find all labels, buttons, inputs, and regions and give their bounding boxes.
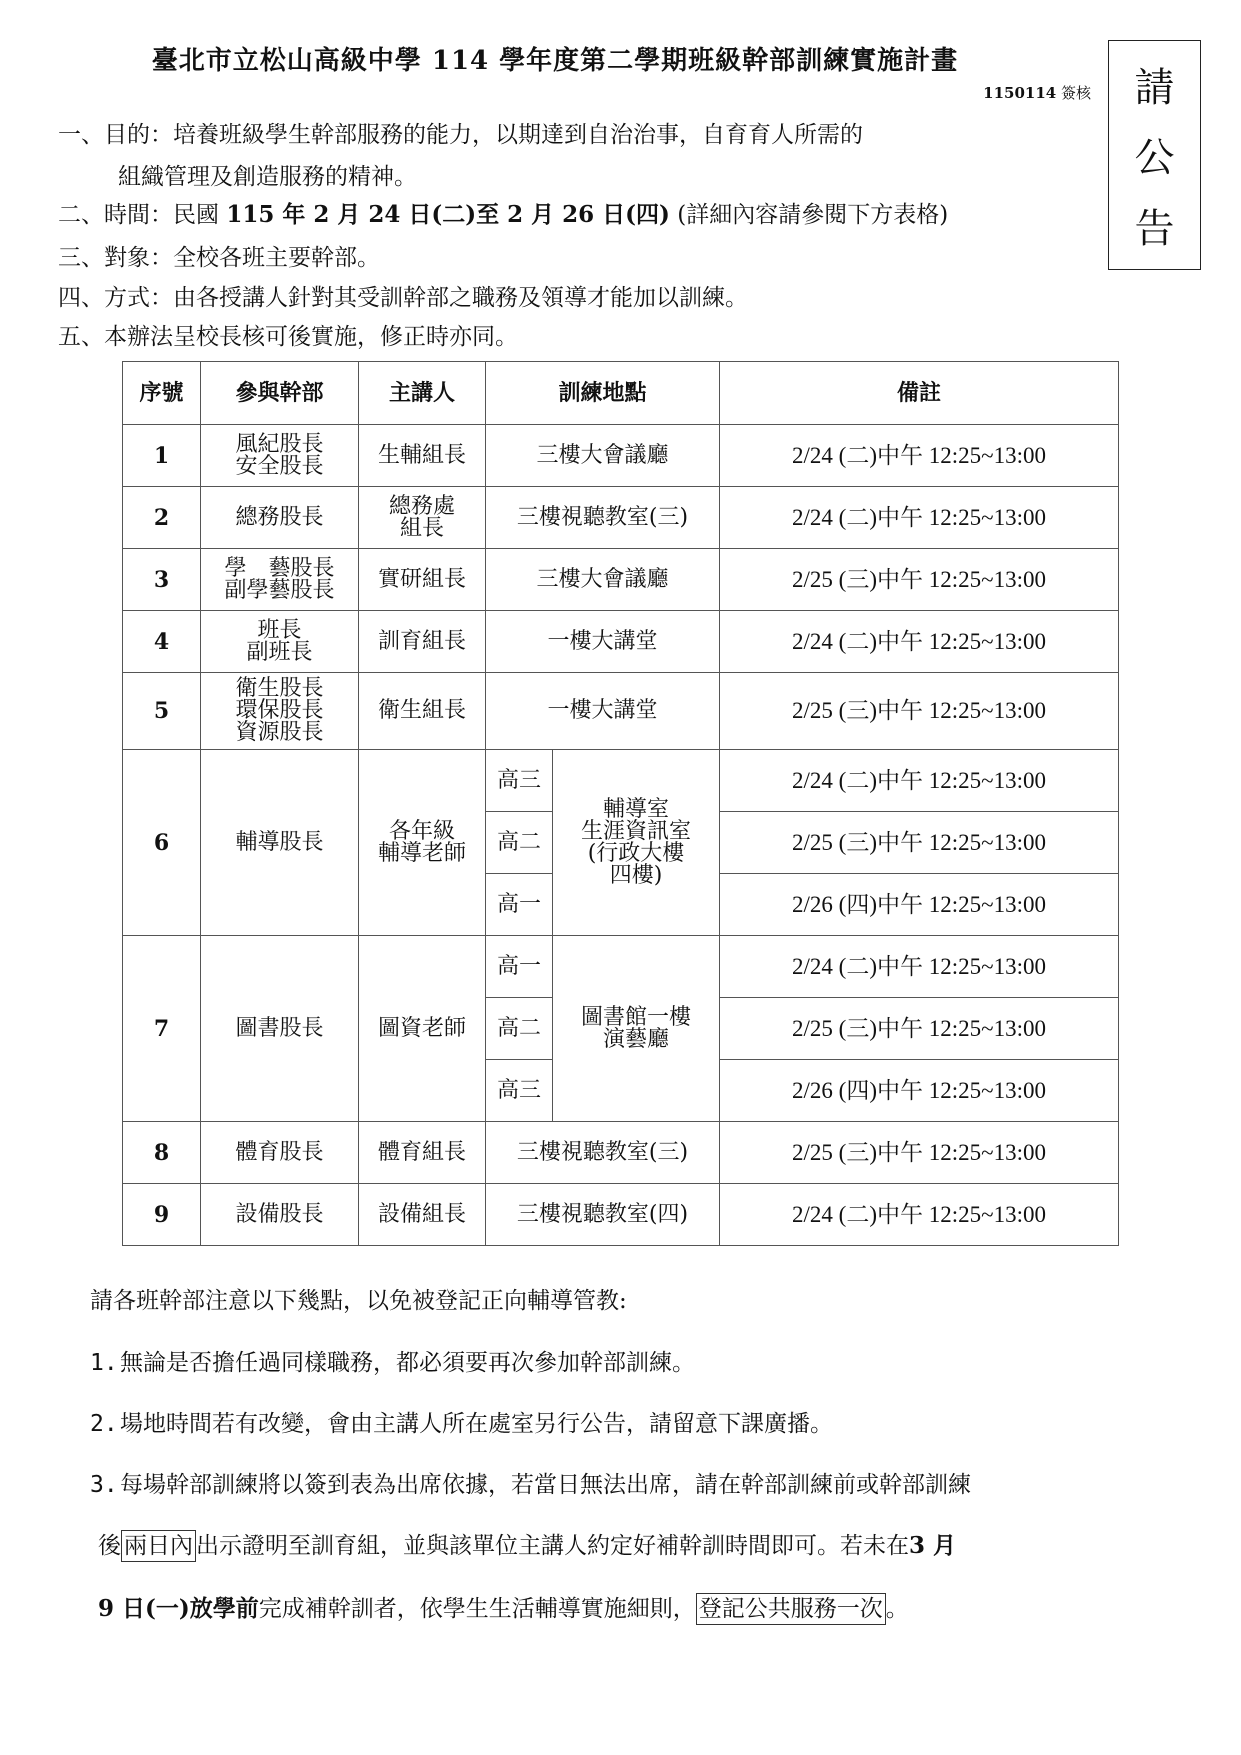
table-row: 4 班長副班長 訓育組長 一樓大講堂 2/24 (二)中午 12:25~13:0… bbox=[123, 611, 1119, 673]
cell-note: 2/24 (二)中午 12:25~13:00 bbox=[720, 425, 1119, 487]
note-item-3-line3: 9 日(一)放學前完成補幹訓者，依學生生活輔導實施細則，登記公共服務一次。 bbox=[98, 1590, 909, 1623]
cell-note: 2/25 (三)中午 12:25~13:00 bbox=[720, 549, 1119, 611]
section-text: 培養班級學生幹部服務的能力，以期達到自治治事，自育育人所需的 bbox=[173, 122, 863, 148]
cell-no: 6 bbox=[123, 750, 201, 936]
cell-grade: 高三 bbox=[486, 1060, 553, 1122]
cell-speaker: 衛生組長 bbox=[359, 673, 486, 750]
cell-officer: 設備股長 bbox=[201, 1184, 359, 1246]
cell-officer: 衛生股長環保股長資源股長 bbox=[201, 673, 359, 750]
cell-location: 三樓視聽教室(三) bbox=[486, 487, 720, 549]
section-target: 三、對象：全校各班主要幹部。 bbox=[58, 243, 380, 273]
section-method: 四、方式：由各授講人針對其受訓幹部之職務及領導才能加以訓練。 bbox=[58, 283, 748, 313]
section-time: 二、時間：民國 115 年 2 月 24 日(二)至 2 月 26 日(四) (… bbox=[58, 200, 948, 230]
note-text: 場地時間若有改變，會由主講人所在處室另行公告，請留意下課廣播。 bbox=[120, 1411, 833, 1437]
sign-stamp: 1150114 簽核 bbox=[983, 82, 1091, 103]
note-text: 無論是否擔任過同樣職務，都必須要再次參加幹部訓練。 bbox=[120, 1350, 695, 1376]
note-item-1: 1.無論是否擔任過同樣職務，都必須要再次參加幹部訓練。 bbox=[90, 1344, 695, 1377]
table-row: 2 總務股長 總務處組長 三樓視聽教室(三) 2/24 (二)中午 12:25~… bbox=[123, 487, 1119, 549]
cell-speaker: 各年級輔導老師 bbox=[359, 750, 486, 936]
cell-officer: 學 藝股長副學藝股長 bbox=[201, 549, 359, 611]
notice-box: 請 公 告 bbox=[1108, 40, 1201, 270]
boxed-penalty: 登記公共服務一次 bbox=[696, 1593, 886, 1625]
cell-grade: 高二 bbox=[486, 998, 553, 1060]
section-label: 目的： bbox=[104, 122, 173, 148]
cell-speaker: 圖資老師 bbox=[359, 936, 486, 1122]
note-text: 後 bbox=[98, 1533, 121, 1559]
cell-location: 三樓大會議廳 bbox=[486, 425, 720, 487]
cell-speaker: 總務處組長 bbox=[359, 487, 486, 549]
cell-location: 三樓大會議廳 bbox=[486, 549, 720, 611]
cell-location: 三樓視聽教室(四) bbox=[486, 1184, 720, 1246]
notice-char: 公 bbox=[1135, 126, 1175, 183]
cell-no: 3 bbox=[123, 549, 201, 611]
cell-officer: 圖書股長 bbox=[201, 936, 359, 1122]
header-no: 序號 bbox=[123, 362, 201, 425]
cell-location: 三樓視聽教室(三) bbox=[486, 1122, 720, 1184]
table-row: 5 衛生股長環保股長資源股長 衛生組長 一樓大講堂 2/25 (三)中午 12:… bbox=[123, 673, 1119, 750]
section-purpose: 一、目的：培養班級學生幹部服務的能力，以期達到自治治事，自育育人所需的 bbox=[58, 120, 863, 150]
table-row: 8 體育股長 體育組長 三樓視聽教室(三) 2/25 (三)中午 12:25~1… bbox=[123, 1122, 1119, 1184]
training-schedule-table: 序號 參與幹部 主講人 訓練地點 備註 1 風紀股長安全股長 生輔組長 三樓大會… bbox=[122, 361, 1119, 1246]
cell-officer: 班長副班長 bbox=[201, 611, 359, 673]
section-number: 一、 bbox=[58, 122, 104, 148]
cell-note: 2/24 (二)中午 12:25~13:00 bbox=[720, 1184, 1119, 1246]
document-title: 臺北市立松山高級中學 114 學年度第二學期班級幹部訓練實施計畫 bbox=[0, 40, 1110, 77]
cell-no: 9 bbox=[123, 1184, 201, 1246]
cell-no: 5 bbox=[123, 673, 201, 750]
section-number: 五、 bbox=[58, 324, 104, 350]
cell-note: 2/25 (三)中午 12:25~13:00 bbox=[720, 812, 1119, 874]
section-approval: 五、本辦法呈校長核可後實施，修正時亦同。 bbox=[58, 322, 518, 352]
deadline-date: 3 月 bbox=[909, 1532, 956, 1559]
cell-note: 2/26 (四)中午 12:25~13:00 bbox=[720, 1060, 1119, 1122]
header-officer: 參與幹部 bbox=[201, 362, 359, 425]
cell-speaker: 設備組長 bbox=[359, 1184, 486, 1246]
sign-label: 簽核 bbox=[1061, 84, 1091, 102]
cell-officer: 總務股長 bbox=[201, 487, 359, 549]
cell-officer: 風紀股長安全股長 bbox=[201, 425, 359, 487]
cell-location: 一樓大講堂 bbox=[486, 611, 720, 673]
section-text: 由各授講人針對其受訓幹部之職務及領導才能加以訓練。 bbox=[173, 285, 748, 311]
cell-note: 2/24 (二)中午 12:25~13:00 bbox=[720, 487, 1119, 549]
header-note: 備註 bbox=[720, 362, 1119, 425]
notice-char: 請 bbox=[1135, 56, 1175, 113]
cell-note: 2/24 (二)中午 12:25~13:00 bbox=[720, 611, 1119, 673]
cell-location: 圖書館一樓演藝廳 bbox=[553, 936, 720, 1122]
cell-grade: 高二 bbox=[486, 812, 553, 874]
table-header-row: 序號 參與幹部 主講人 訓練地點 備註 bbox=[123, 362, 1119, 425]
header-location: 訓練地點 bbox=[486, 362, 720, 425]
section-text: 全校各班主要幹部。 bbox=[173, 245, 380, 271]
cell-note: 2/25 (三)中午 12:25~13:00 bbox=[720, 998, 1119, 1060]
section-number: 二、 bbox=[58, 202, 104, 228]
cell-grade: 高一 bbox=[486, 874, 553, 936]
section-purpose-cont: 組織管理及創造服務的精神。 bbox=[118, 158, 417, 191]
note-text: 完成補幹訓者，依學生生活輔導實施細則， bbox=[259, 1596, 696, 1622]
cell-no: 8 bbox=[123, 1122, 201, 1184]
cell-location: 一樓大講堂 bbox=[486, 673, 720, 750]
table-row: 7 圖書股長 圖資老師 高一 圖書館一樓演藝廳 2/24 (二)中午 12:25… bbox=[123, 936, 1119, 998]
cell-speaker: 訓育組長 bbox=[359, 611, 486, 673]
note-number: 1. bbox=[90, 1350, 120, 1376]
table-row: 3 學 藝股長副學藝股長 實研組長 三樓大會議廳 2/25 (三)中午 12:2… bbox=[123, 549, 1119, 611]
section-label: 方式： bbox=[104, 285, 173, 311]
section-number: 四、 bbox=[58, 285, 104, 311]
cell-location: 輔導室生涯資訊室(行政大樓四樓) bbox=[553, 750, 720, 936]
boxed-deadline: 兩日內 bbox=[121, 1530, 196, 1562]
note-item-3-line2: 後兩日內出示證明至訓育組，並與該單位主講人約定好補幹訓時間即可。若未在3 月 bbox=[98, 1527, 956, 1560]
cell-note: 2/25 (三)中午 12:25~13:00 bbox=[720, 673, 1119, 750]
cell-officer: 輔導股長 bbox=[201, 750, 359, 936]
cell-no: 4 bbox=[123, 611, 201, 673]
cell-grade: 高三 bbox=[486, 750, 553, 812]
cell-note: 2/24 (二)中午 12:25~13:00 bbox=[720, 936, 1119, 998]
notice-char: 告 bbox=[1135, 197, 1175, 254]
cell-officer: 體育股長 bbox=[201, 1122, 359, 1184]
section-dates: 115 年 2 月 24 日(二)至 2 月 26 日(四) bbox=[226, 201, 670, 228]
cell-speaker: 體育組長 bbox=[359, 1122, 486, 1184]
cell-no: 7 bbox=[123, 936, 201, 1122]
section-text: 本辦法呈校長核可後實施，修正時亦同。 bbox=[104, 324, 518, 350]
table-row: 6 輔導股長 各年級輔導老師 高三 輔導室生涯資訊室(行政大樓四樓) 2/24 … bbox=[123, 750, 1119, 812]
cell-no: 2 bbox=[123, 487, 201, 549]
cell-speaker: 生輔組長 bbox=[359, 425, 486, 487]
cell-no: 1 bbox=[123, 425, 201, 487]
sign-code: 1150114 bbox=[983, 84, 1056, 102]
section-text: (詳細內容請參閱下方表格) bbox=[670, 202, 948, 228]
section-text: 民國 bbox=[173, 202, 226, 228]
cell-note: 2/25 (三)中午 12:25~13:00 bbox=[720, 1122, 1119, 1184]
note-item-2: 2.場地時間若有改變，會由主講人所在處室另行公告，請留意下課廣播。 bbox=[90, 1405, 833, 1438]
notes-intro: 請各班幹部注意以下幾點，以免被登記正向輔導管教: bbox=[90, 1282, 627, 1315]
note-number: 2. bbox=[90, 1411, 120, 1437]
section-label: 時間： bbox=[104, 202, 173, 228]
note-number: 3. bbox=[90, 1472, 120, 1498]
note-text: 出示證明至訓育組，並與該單位主講人約定好補幹訓時間即可。若未在 bbox=[196, 1533, 909, 1559]
note-text: 。 bbox=[886, 1596, 909, 1622]
header-speaker: 主講人 bbox=[359, 362, 486, 425]
section-number: 三、 bbox=[58, 245, 104, 271]
cell-speaker: 實研組長 bbox=[359, 549, 486, 611]
table-row: 9 設備股長 設備組長 三樓視聽教室(四) 2/24 (二)中午 12:25~1… bbox=[123, 1184, 1119, 1246]
note-item-3: 3.每場幹部訓練將以簽到表為出席依據，若當日無法出席，請在幹部訓練前或幹部訓練 bbox=[90, 1466, 971, 1499]
deadline-date: 9 日(一)放學前 bbox=[98, 1595, 259, 1622]
table-row: 1 風紀股長安全股長 生輔組長 三樓大會議廳 2/24 (二)中午 12:25~… bbox=[123, 425, 1119, 487]
cell-note: 2/24 (二)中午 12:25~13:00 bbox=[720, 750, 1119, 812]
cell-grade: 高一 bbox=[486, 936, 553, 998]
note-text: 每場幹部訓練將以簽到表為出席依據，若當日無法出席，請在幹部訓練前或幹部訓練 bbox=[120, 1472, 971, 1498]
cell-note: 2/26 (四)中午 12:25~13:00 bbox=[720, 874, 1119, 936]
section-label: 對象： bbox=[104, 245, 173, 271]
